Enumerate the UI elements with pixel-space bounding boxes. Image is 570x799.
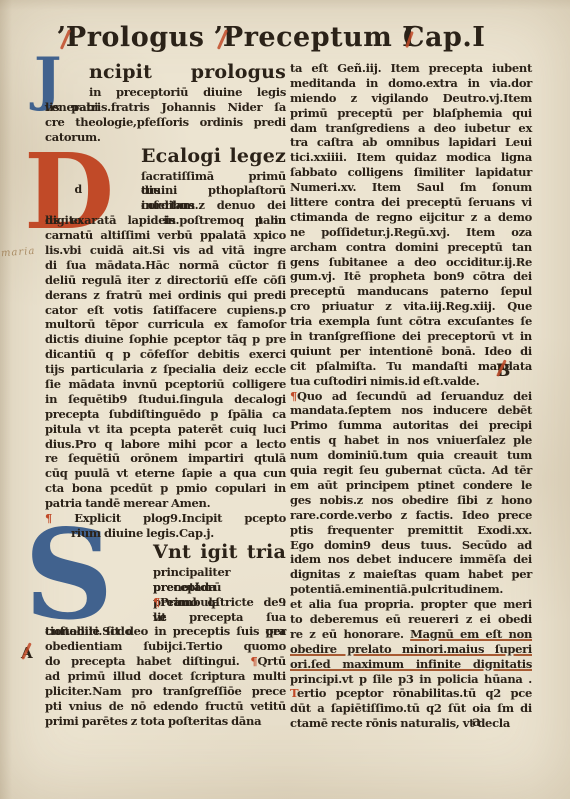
left-text-column: ncipit prologusin preceptoriū diuine leg… — [45, 61, 286, 731]
text-line: lit precepta ſua cuſtodiri.Scdo qra — [45, 610, 286, 625]
text-segment: tijs particularia z ſpecialia deiz eccle — [45, 362, 286, 376]
text-segment: potentiā.eminentiā.pulcritudinem. — [290, 582, 503, 596]
text-segment: dam tranſgrediens a deo iubetur ex — [290, 121, 532, 135]
text-line: gens ſubitanee a deo occiditur.ij.Re — [290, 255, 532, 270]
text-line: archam contra domini preceptū tan — [290, 240, 532, 255]
text-line: em aūt principem ptinet condere le — [290, 478, 532, 493]
text-segment: do precepta habet diſtingui. — [45, 654, 250, 668]
running-title-chapter: Cap.I — [403, 22, 485, 53]
text-segment: ptis frequenter premittit Exodi.xx. — [290, 523, 532, 537]
text-segment: lis exaratā lapideis.poſtremoq p in — [45, 213, 286, 227]
text-line: Ego domin9 deus tuus. Secūdo ad — [290, 538, 532, 553]
text-line: carnatū altiſſimi verbū ppalatā xpico — [45, 228, 286, 243]
text-line: re z eū honorare. Magnū em eſt non — [290, 627, 532, 642]
text-segment: ctimanda de regno eijcitur z a demo — [290, 210, 532, 224]
initial-spacer — [45, 61, 89, 87]
text-line: cro priuatur z vita.iij.Reg.xiij. Que — [290, 299, 532, 314]
text-segment: em aūt principem ptinet condere le — [290, 478, 532, 492]
text-segment: Ego domin9 deus tuus. Secūdo ad — [290, 538, 532, 552]
text-line: pliciter.Nam pro tranſgreſſiōe prece — [45, 684, 286, 699]
text-segment: lis patris.fratris Johannis Nider ſa — [45, 100, 286, 114]
text-segment: littere contra dei preceptū ſeruans vi — [290, 195, 532, 209]
text-line: ctimanda de regno eijcitur z a demo — [290, 210, 532, 225]
text-segment: in tranſgreſſione dei preceptorū vt in — [290, 329, 532, 343]
incunabulum-page-photo: ʼPrologus ʼPreceptum I Cap.I J Dd S ncip… — [0, 0, 570, 799]
text-line: dicantiū q p cōfeſſor debitis exerci — [45, 347, 286, 362]
text-line: tria exempla ſunt cōtra excuſantes ſe — [290, 314, 532, 329]
text-line: ta eſt Geñ.iij. Item precepta iubent — [290, 61, 532, 76]
text-segment: mandata.ſeptem nos inducere debēt — [290, 403, 532, 417]
text-segment: precepta ſubdiſtinguēdo p ſpālia ca — [45, 407, 286, 421]
text-line: cator eſt votis ſatiſfacere cupiens.p — [45, 303, 286, 318]
text-segment: primi parētes z tota poſteritas dāna — [45, 714, 261, 728]
text-line: quiunt per intentionē bonā. Ideo di — [290, 344, 532, 359]
text-segment: tua cuſtodiri nimis.id eſt.valde. — [290, 374, 479, 388]
text-line: tici.xxiiii. Item quidaz modica ligna — [290, 150, 532, 165]
text-line: cordibus.z denuo dei digito in tabu — [45, 198, 286, 213]
initial-spacer — [45, 145, 141, 201]
text-segment: cūq puulā vt eterne ſapie a qua cun — [45, 466, 286, 480]
text-line: miendo z vigilando Deutro.vj.Item — [290, 91, 532, 106]
text-line: pti vnius de nō edendo fructū vetitū — [45, 699, 286, 714]
text-line: tionabile ſit deo in preceptis ſuis per — [45, 624, 286, 639]
text-segment: gens ſubitanee a deo occiditur.ij.Re — [290, 255, 532, 269]
text-segment: quiunt per intentionē bonā. Ideo di — [290, 344, 532, 358]
text-line: cūq puulā vt eterne ſapie a qua cun — [45, 466, 286, 481]
text-segment: T — [290, 686, 297, 700]
text-line: catorum. — [45, 130, 286, 145]
text-segment: cre theologie,pfeſſoris ordinis predi — [45, 115, 286, 129]
text-segment: pliciter.Nam pro tranſgreſſiōe prece — [45, 684, 286, 698]
text-segment: ¶ — [153, 595, 160, 609]
text-segment: obedire prelato minori.maius ſuperi — [290, 642, 532, 656]
text-line: re ſequētiū orōnem impartiri qtulā — [45, 451, 286, 466]
text-line: multorū tēpor curricula ex famoſor — [45, 317, 286, 332]
text-segment: patria tandē merear Amen. — [45, 496, 210, 510]
text-segment: pti vnius de nō edendo fructū vetitū — [45, 699, 286, 713]
text-line: precepta ſubdiſtinguēdo p ſpālia ca — [45, 407, 286, 422]
text-line: cre theologie,pfeſſoris ordinis predi — [45, 115, 286, 130]
text-line: to deberemus eū reuereri z ei obedi — [290, 612, 532, 627]
text-segment: multorū tēpor curricula ex famoſor — [45, 317, 286, 331]
text-line: dūt a ſapiētiſſimo.tū q2 ſūt oia ſm di — [290, 701, 532, 716]
text-segment: dignitas z maieſtas quam habet per — [290, 567, 532, 581]
text-segment: principi.vt p ſile p3 in policia hūana . — [290, 672, 532, 686]
text-line: pitula vt ita pcepta paterēt cuiq luci — [45, 422, 286, 437]
margin-letter-b: B — [496, 361, 510, 381]
text-segment: et alia ſua propria. propter que meri — [290, 597, 532, 611]
text-segment: cro priuatur z vita.iij.Reg.xiij. Que — [290, 299, 532, 313]
text-segment: idem nos debet inducere immēſa dei — [290, 552, 532, 566]
text-line: dius.Pro q labore mihi pcor a lecto — [45, 437, 286, 452]
text-segment: lis.vbi cuidā ait.Si vis ad vitā ingre — [45, 243, 286, 257]
text-line: potentiā.eminentiā.pulcritudinem. — [290, 582, 532, 597]
text-line: ptis frequenter premittit Exodi.xx. — [290, 523, 532, 538]
text-line: num dominiū.tum quia creauit tum — [290, 448, 532, 463]
text-segment: ¶ — [45, 511, 74, 525]
text-segment: ta eſt Geñ.iij. Item precepta iubent — [290, 61, 532, 75]
text-segment: Explicit plog9.Incipit pcepto — [74, 511, 286, 525]
text-line: ad primū illud docet ſcriptura multi — [45, 669, 286, 684]
text-segment: dictis diuine ſophie pceptor tāq p pre — [45, 332, 286, 346]
text-segment: ¶ — [290, 389, 297, 403]
text-segment: catorum. — [45, 130, 101, 144]
text-line: Numeri.xv. Item Saul ſm ſonum — [290, 180, 532, 195]
text-segment: ori.ſed maximum infinite dignitatis — [290, 657, 532, 671]
text-segment: gum.vj. Itē propheta bon9 cōtra dei — [290, 269, 532, 283]
text-line: tra caſtra ab omnibus lapidari Leui — [290, 135, 532, 150]
running-title-preceptum: ʼPreceptum I — [213, 22, 415, 53]
text-line: idem nos debet inducere immēſa dei — [290, 552, 532, 567]
text-segment: cta bona pcedūt p pmio copulari in — [45, 481, 286, 495]
text-segment: Vnt igit tria — [153, 541, 286, 563]
text-segment: rare.corde.verbo z factis. Ideo prece — [290, 508, 532, 522]
text-segment: miendo z vigilando Deutro.vj.Item — [290, 91, 532, 105]
text-segment: tionabile ſit deo in preceptis ſuis per — [45, 624, 286, 638]
text-segment: obedientiam ſubijci.Tertio quomo — [45, 639, 286, 653]
text-line: rium diuine legis.Cap.j. — [45, 526, 286, 541]
text-line: ſabbato colligens ſimiliter lapidatur — [290, 165, 532, 180]
text-segment: ſie mādata invnū pceptoriū colligere — [45, 377, 286, 391]
text-segment: entis q habet in nos vniuerſalez ple — [290, 433, 532, 447]
text-segment: ncipit prologus — [89, 61, 286, 83]
text-segment: num dominiū.tum quia creauit tum — [290, 448, 532, 462]
text-line: patria tandē merear Amen. — [45, 496, 286, 511]
text-line: gum.vj. Itē propheta bon9 cōtra dei — [290, 269, 532, 284]
handwritten-marginalia: maria — [1, 246, 36, 259]
text-segment: tra caſtra ab omnibus lapidari Leui — [290, 135, 532, 149]
text-segment: ad primū illud docet ſcriptura multi — [45, 669, 286, 683]
text-segment: dius.Pro q labore mihi pcor a lecto — [45, 437, 286, 451]
text-segment: archam contra domini preceptū tan — [290, 240, 532, 254]
text-segment: Ecalogi legez — [141, 145, 286, 167]
text-line: Primo ſumma autoritas dei precipi — [290, 418, 532, 433]
text-segment: preceptū manducans paterno ſepul — [290, 284, 532, 298]
quire-signature-mark: a — [472, 714, 481, 730]
text-line: do precepta habet diſtingui. ¶Qrtū — [45, 654, 286, 669]
text-segment: primū preceptū per blaſphemia qui — [290, 106, 532, 120]
text-segment: in ſequētib9 ſtudui.ſingula decalogi — [45, 392, 286, 406]
text-line: lis patris.fratris Johannis Nider ſa — [45, 100, 286, 115]
text-segment: carnatū altiſſimi verbū ppalatā xpico — [45, 228, 286, 242]
running-header: ʼPrologus ʼPreceptum I Cap.I — [0, 0, 570, 58]
text-line: cta bona pcedūt p pmio copulari in — [45, 481, 286, 496]
text-line: entis q habet in nos vniuerſalez ple — [290, 433, 532, 448]
text-segment: Quo ad ſecundū ad ſeruanduz dei — [297, 389, 532, 403]
text-line: derans z fratrū mei ordinis qui predi — [45, 288, 286, 303]
text-line: ges nobis.z nos obedire ſibi z hono — [290, 493, 532, 508]
text-line: di ſua mādata.Hāc normā cūctor fi — [45, 258, 286, 273]
text-line: mandata.ſeptem nos inducere debēt — [290, 403, 532, 418]
text-line: dictis diuine ſophie pceptor tāq p pre — [45, 332, 286, 347]
text-segment: pitula vt ita pcepta paterēt cuiq luci — [45, 422, 286, 436]
text-line: ne poſſidetur.j.Regū.xvj. Item oza — [290, 225, 532, 240]
text-line: ¶Quo ad ſecundū ad ſeruanduz dei — [290, 389, 532, 404]
text-line: in preceptoriū diuine legis venerabi — [45, 85, 286, 100]
text-segment: Primo ſumma autoritas dei precipi — [290, 418, 532, 432]
text-line: lis.vbi cuidā ait.Si vis ad vitā ingre — [45, 243, 286, 258]
text-line: dam tranſgrediens a deo iubetur ex — [290, 121, 532, 136]
text-line: rare.corde.verbo z factis. Ideo prece — [290, 508, 532, 523]
text-line: lis exaratā lapideis.poſtremoq p in — [45, 213, 286, 228]
text-line: preceptū manducans paterno ſepul — [290, 284, 532, 299]
text-segment: quia regit ſeu gubernat cūcta. Ad tēr — [290, 463, 532, 477]
text-segment: ne poſſidetur.j.Regū.xvj. Item oza — [290, 225, 532, 239]
text-line: deliū regulā iter z directoriū eſſe cōſi — [45, 273, 286, 288]
text-segment: re z eū honorare. — [290, 627, 410, 641]
text-segment: Magnū em eſt non — [410, 627, 532, 641]
text-segment: rium diuine legis.Cap.j. — [71, 526, 214, 540]
text-line: principi.vt p ſile p3 in policia hūana . — [290, 672, 532, 687]
text-segment: tici.xxiiii. Item quidaz modica ligna — [290, 150, 532, 164]
text-segment: to deberemus eū reuereri z ei obedi — [290, 612, 532, 626]
text-line: in ſequētib9 ſtudui.ſingula decalogi — [45, 392, 286, 407]
text-segment: re ſequētiū orōnem impartiri qtulā — [45, 451, 286, 465]
text-line: primi parētes z tota poſteritas dāna — [45, 714, 286, 729]
text-segment: dicantiū q p cōfeſſor debitis exerci — [45, 347, 286, 361]
text-segment: meditanda in domo.extra in via.dor — [290, 76, 532, 90]
text-line: et alia ſua propria. propter que meri — [290, 597, 532, 612]
right-text-column: ta eſt Geñ.iij. Item precepta iubentmedi… — [290, 61, 532, 731]
text-line: Tertio pceptor rōnabilitas.tū q2 pce — [290, 686, 532, 701]
text-segment: Qrtū — [257, 654, 286, 668]
text-segment: derans z fratrū mei ordinis qui predi — [45, 288, 286, 302]
text-line: tijs particularia z ſpecialia deiz eccle — [45, 362, 286, 377]
text-segment: ertio pceptor rōnabilitas.tū q2 pce — [297, 686, 532, 700]
text-line: meditanda in domo.extra in via.dor — [290, 76, 532, 91]
text-line: in tranſgreſſione dei preceptorū vt in — [290, 329, 532, 344]
text-line: quia regit ſeu gubernat cūcta. Ad tēr — [290, 463, 532, 478]
text-line: dignitas z maieſtas quam habet per — [290, 567, 532, 582]
text-line: ſie mādata invnū pceptoriū colligere — [45, 377, 286, 392]
text-line: primū preceptū per blaſphemia qui — [290, 106, 532, 121]
text-segment: di ſua mādata.Hāc normā cūctor fi — [45, 258, 286, 272]
text-segment: cator eſt votis ſatiſfacere cupiens.p — [45, 303, 286, 317]
text-segment: ges nobis.z nos obedire ſibi z hono — [290, 493, 532, 507]
text-line: ¶ Explicit plog9.Incipit pcepto — [45, 511, 286, 526]
text-segment: deliū regulā iter z directoriū eſſe cōſi — [45, 273, 286, 287]
text-segment: ſabbato colligens ſimiliter lapidatur — [290, 165, 532, 179]
margin-letter-a: A — [21, 644, 33, 662]
text-segment: Numeri.xv. Item Saul ſm ſonum — [290, 180, 532, 194]
text-segment: tria exempla ſunt cōtra excuſantes ſe — [290, 314, 532, 328]
text-line: obedientiam ſubijci.Tertio quomo — [45, 639, 286, 654]
text-line: littere contra dei preceptū ſeruans vi — [290, 195, 532, 210]
text-line: obedire prelato minori.maius ſuperi — [290, 642, 532, 657]
text-segment: dūt a ſapiētiſſimo.tū q2 ſūt oia ſm di — [290, 701, 532, 715]
initial-spacer — [45, 541, 153, 611]
running-title-prologus: ʼPrologus — [56, 22, 204, 53]
text-columns: ncipit prologusin preceptoriū diuine leg… — [45, 61, 532, 731]
text-line: ctamē recte rōnis naturalis, vt decla — [290, 716, 532, 731]
text-line: ori.ſed maximum infinite dignitatis — [290, 657, 532, 672]
